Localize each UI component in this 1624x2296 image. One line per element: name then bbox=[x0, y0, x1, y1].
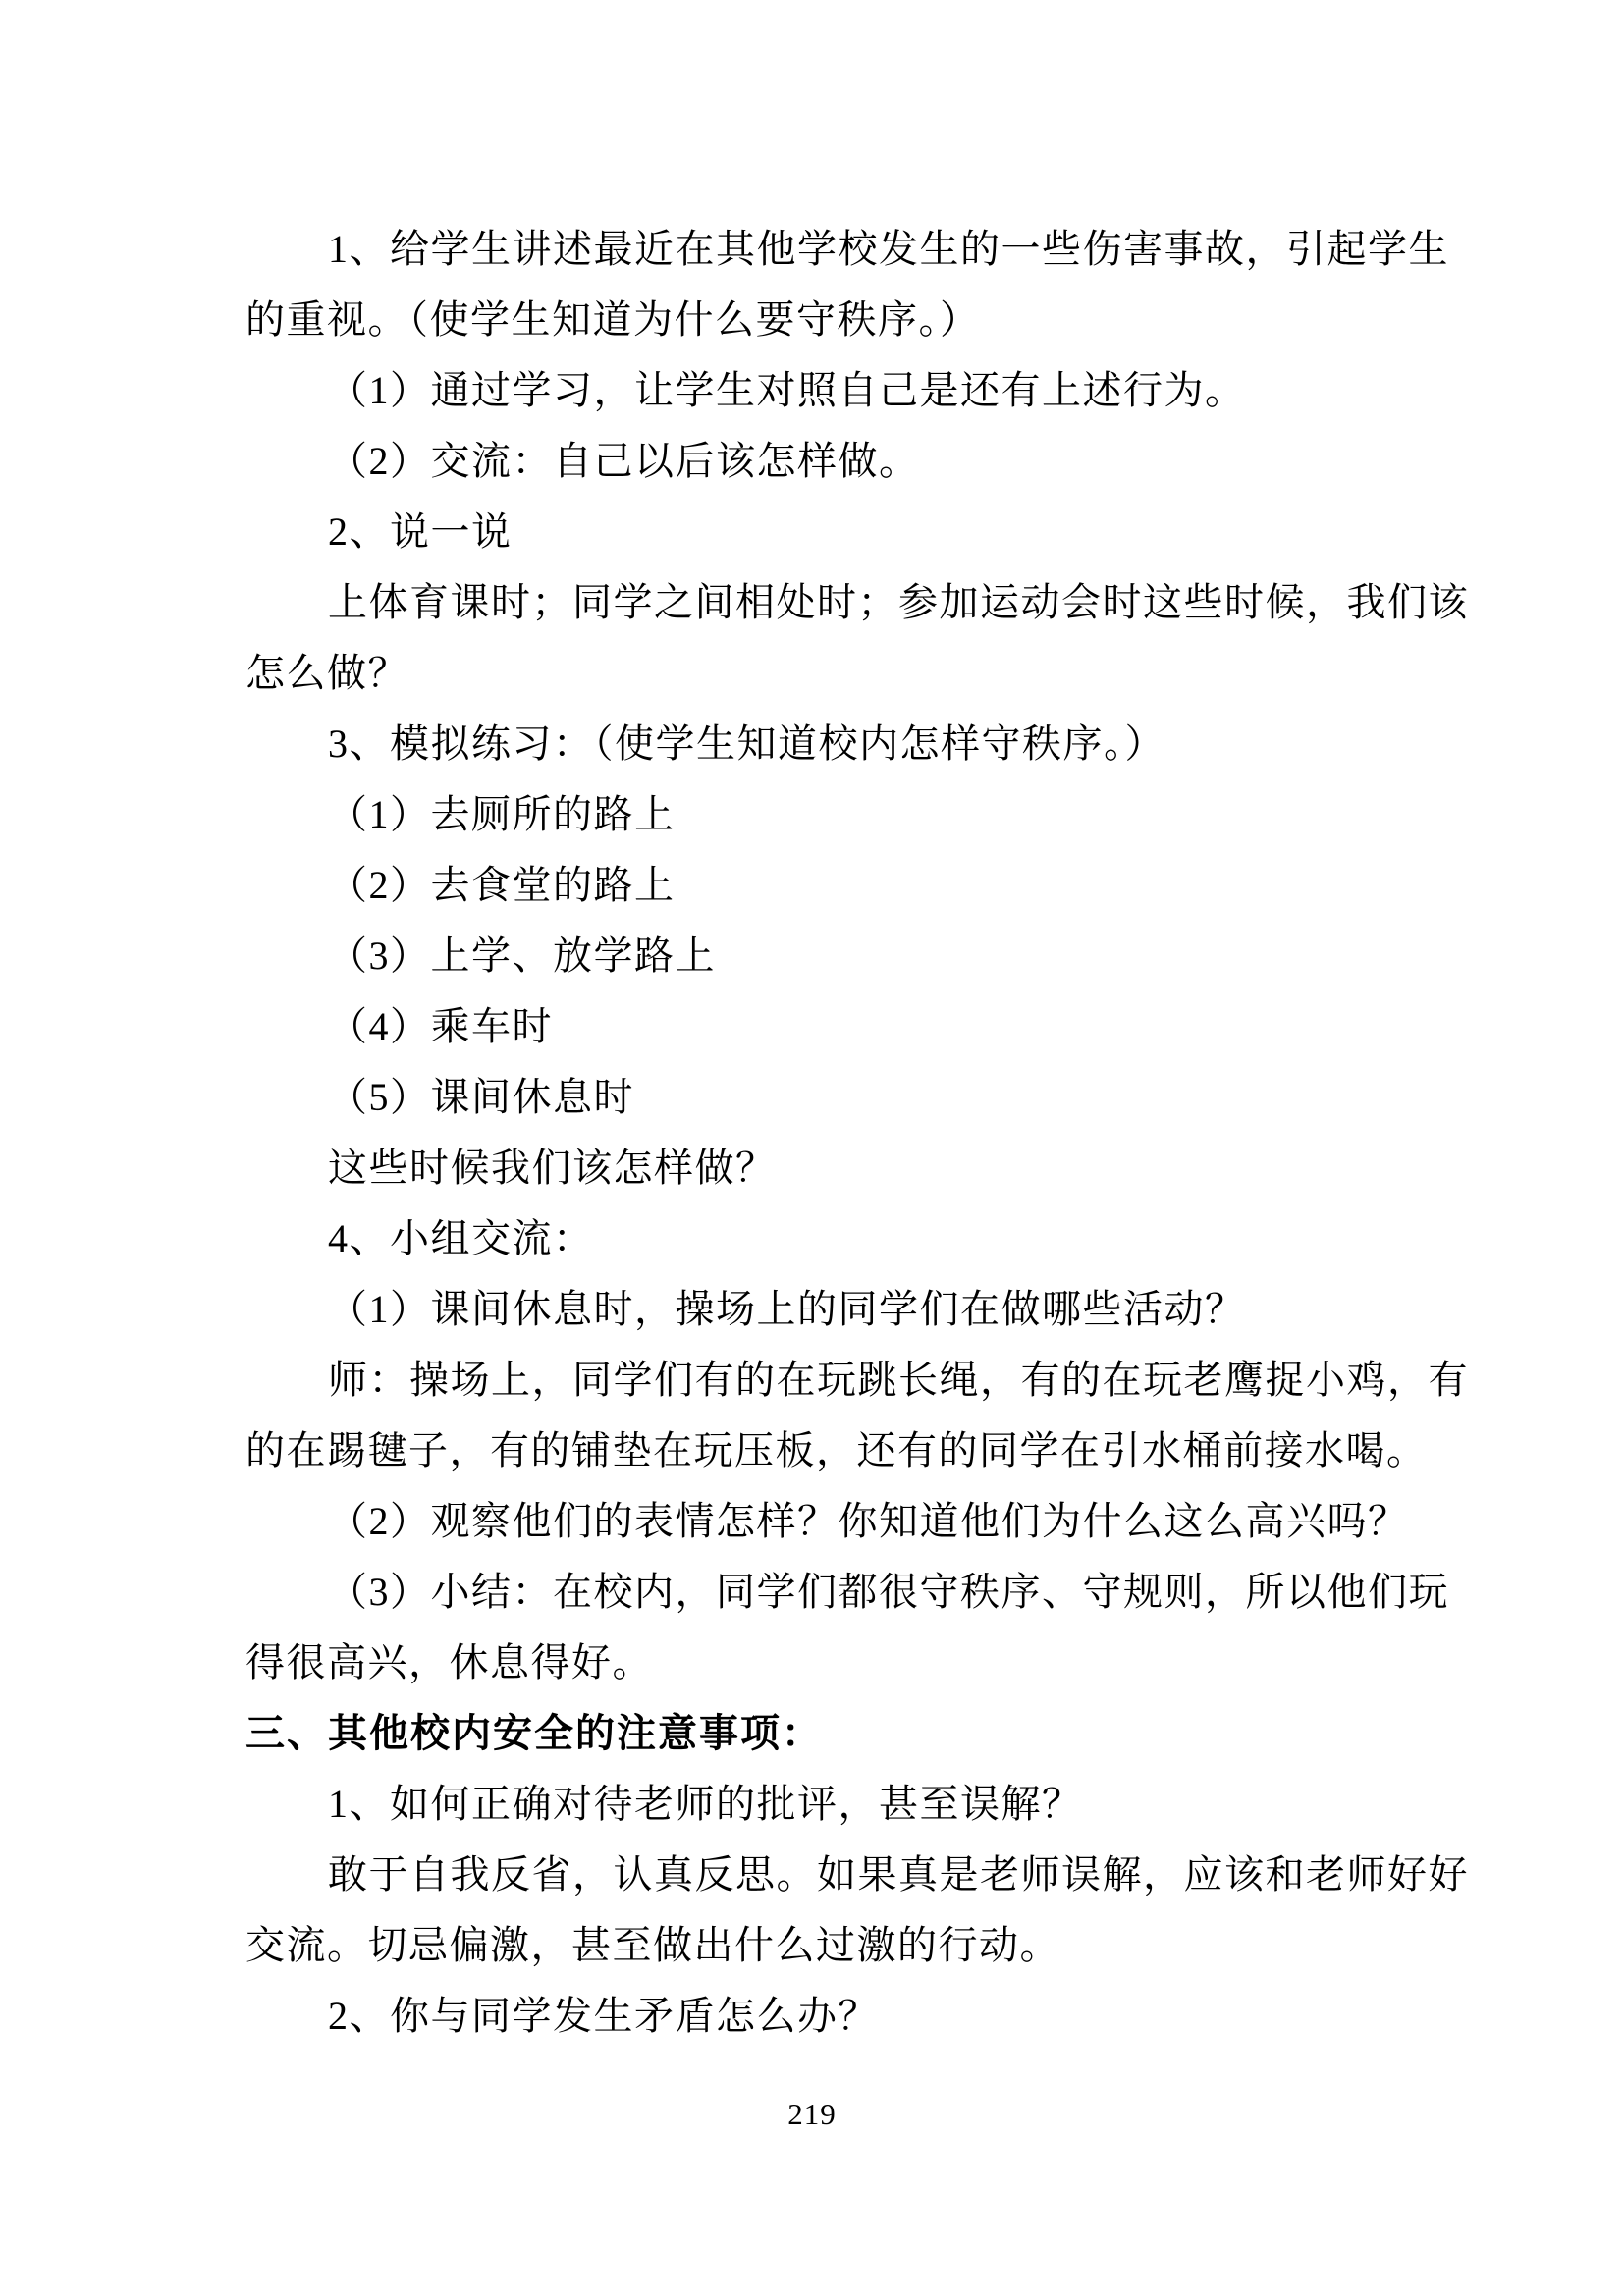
paragraph: 2、你与同学发生矛盾怎么办？ bbox=[245, 1981, 1399, 2052]
paragraph: （2）去食堂的路上 bbox=[245, 850, 1399, 921]
paragraph: 1、给学生讲述最近在其他学校发生的一些伤害事故，引起学生的重视。（使学生知道为什… bbox=[245, 214, 1399, 355]
text-line: 这些时候我们该怎样做？ bbox=[245, 1133, 1399, 1203]
text-line: （3）上学、放学路上 bbox=[245, 921, 1399, 991]
page-number: 219 bbox=[0, 2097, 1624, 2132]
text-line: （2）去食堂的路上 bbox=[245, 850, 1399, 921]
paragraph: 这些时候我们该怎样做？ bbox=[245, 1133, 1399, 1203]
paragraph: 上体育课时；同学之间相处时；参加运动会时这些时候，我们该怎么做？ bbox=[245, 567, 1399, 709]
paragraph: （1）通过学习，让学生对照自己是还有上述行为。 bbox=[245, 355, 1399, 426]
text-line: 1、如何正确对待老师的批评，甚至误解？ bbox=[245, 1769, 1399, 1840]
paragraph: 师：操场上，同学们有的在玩跳长绳，有的在玩老鹰捉小鸡，有的在踢毽子，有的铺垫在玩… bbox=[245, 1345, 1399, 1486]
text-line: 2、你与同学发生矛盾怎么办？ bbox=[245, 1981, 1399, 2052]
text-line: 交流。切忌偏激，甚至做出什么过激的行动。 bbox=[245, 1910, 1399, 1981]
paragraph: 1、如何正确对待老师的批评，甚至误解？ bbox=[245, 1769, 1399, 1840]
paragraph: （4）乘车时 bbox=[245, 991, 1399, 1062]
document-body: 1、给学生讲述最近在其他学校发生的一些伤害事故，引起学生的重视。（使学生知道为什… bbox=[245, 214, 1399, 2052]
paragraph: 2、说一说 bbox=[245, 497, 1399, 567]
paragraph: （3）上学、放学路上 bbox=[245, 921, 1399, 991]
text-line: 3、模拟练习：（使学生知道校内怎样守秩序。） bbox=[245, 709, 1399, 779]
text-line: 怎么做？ bbox=[245, 638, 1399, 709]
text-line: （3）小结：在校内，同学们都很守秩序、守规则，所以他们玩 bbox=[245, 1557, 1399, 1628]
text-line: 敢于自我反省，认真反思。如果真是老师误解，应该和老师好好 bbox=[245, 1840, 1399, 1910]
text-line: （4）乘车时 bbox=[245, 991, 1399, 1062]
text-line: 的在踢毽子，有的铺垫在玩压板，还有的同学在引水桶前接水喝。 bbox=[245, 1415, 1399, 1486]
heading-line: 三、其他校内安全的注意事项： bbox=[245, 1698, 1399, 1769]
text-line: 师：操场上，同学们有的在玩跳长绳，有的在玩老鹰捉小鸡，有 bbox=[245, 1345, 1399, 1415]
paragraph: （2）交流：自己以后该怎样做。 bbox=[245, 426, 1399, 497]
paragraph: （3）小结：在校内，同学们都很守秩序、守规则，所以他们玩得很高兴，休息得好。 bbox=[245, 1557, 1399, 1698]
text-line: 2、说一说 bbox=[245, 497, 1399, 567]
text-line: （1）通过学习，让学生对照自己是还有上述行为。 bbox=[245, 355, 1399, 426]
text-line: （2）观察他们的表情怎样？你知道他们为什么这么高兴吗？ bbox=[245, 1486, 1399, 1557]
paragraph: 3、模拟练习：（使学生知道校内怎样守秩序。） bbox=[245, 709, 1399, 779]
paragraph: 三、其他校内安全的注意事项： bbox=[245, 1698, 1399, 1769]
text-line: （2）交流：自己以后该怎样做。 bbox=[245, 426, 1399, 497]
text-line: 上体育课时；同学之间相处时；参加运动会时这些时候，我们该 bbox=[245, 567, 1399, 638]
text-line: 4、小组交流： bbox=[245, 1203, 1399, 1274]
document-page: 1、给学生讲述最近在其他学校发生的一些伤害事故，引起学生的重视。（使学生知道为什… bbox=[0, 0, 1624, 2296]
text-line: 得很高兴，休息得好。 bbox=[245, 1628, 1399, 1698]
text-line: （1）去厕所的路上 bbox=[245, 779, 1399, 850]
paragraph: （1）课间休息时，操场上的同学们在做哪些活动？ bbox=[245, 1274, 1399, 1345]
text-line: （1）课间休息时，操场上的同学们在做哪些活动？ bbox=[245, 1274, 1399, 1345]
paragraph: （5）课间休息时 bbox=[245, 1062, 1399, 1133]
paragraph: （2）观察他们的表情怎样？你知道他们为什么这么高兴吗？ bbox=[245, 1486, 1399, 1557]
paragraph: 敢于自我反省，认真反思。如果真是老师误解，应该和老师好好交流。切忌偏激，甚至做出… bbox=[245, 1840, 1399, 1981]
text-line: 1、给学生讲述最近在其他学校发生的一些伤害事故，引起学生 bbox=[245, 214, 1399, 285]
text-line: 的重视。（使学生知道为什么要守秩序。） bbox=[245, 285, 1399, 355]
text-line: （5）课间休息时 bbox=[245, 1062, 1399, 1133]
paragraph: 4、小组交流： bbox=[245, 1203, 1399, 1274]
paragraph: （1）去厕所的路上 bbox=[245, 779, 1399, 850]
